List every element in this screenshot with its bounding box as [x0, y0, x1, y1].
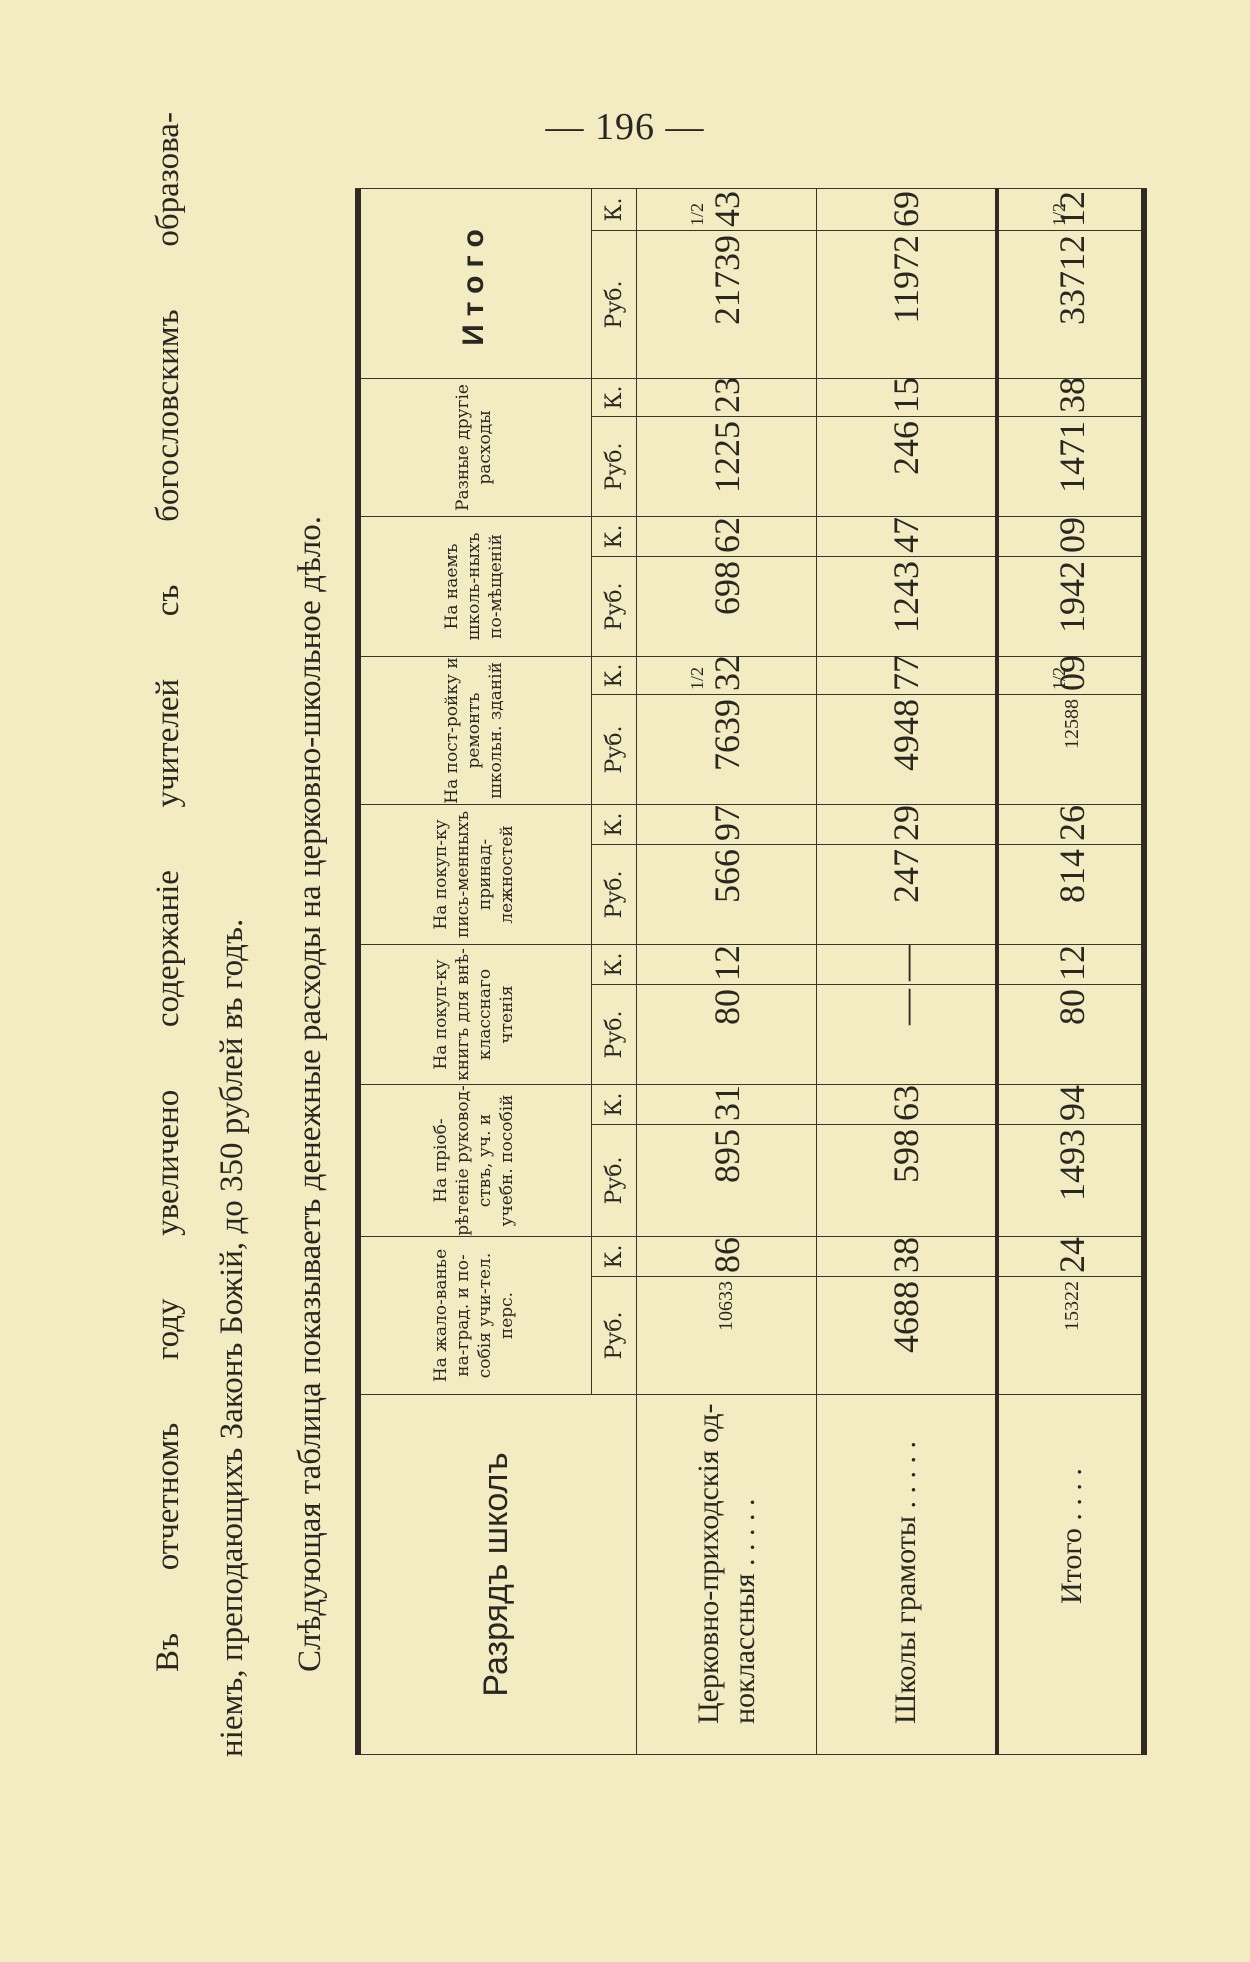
- unit-rub-label: Руб.: [592, 984, 637, 1084]
- cell-kop: 86: [637, 1237, 817, 1277]
- kop-value: 32: [707, 655, 747, 691]
- kop-value: —: [886, 945, 926, 981]
- cell-kop: —: [817, 944, 997, 984]
- kop-value: 62: [707, 517, 747, 553]
- cell-kop: 321/2: [637, 656, 817, 694]
- col-header-other: Разные другіе расходы: [356, 378, 592, 516]
- expenses-table: Разрядъ школъ На жало-ванье на-град. и п…: [355, 189, 1147, 1755]
- cell-kop: 38: [997, 378, 1147, 416]
- col-header-total: Итого: [356, 188, 592, 378]
- cell-kop: 97: [637, 804, 817, 844]
- cell-rub: 895: [637, 1125, 817, 1237]
- cell-rub: 15322: [997, 1277, 1147, 1395]
- cell-rub: 11972: [817, 230, 997, 378]
- kop-value: 38: [886, 1237, 926, 1273]
- cell-rub: 246: [817, 416, 997, 516]
- cell-kop: 62: [637, 516, 817, 556]
- word: году: [150, 1298, 187, 1360]
- cell-rub: 21739: [637, 230, 817, 378]
- paragraph-line-1: Въ отчетномъ году увеличено содержаніе у…: [150, 112, 187, 1672]
- cell-rub: 1243: [817, 556, 997, 656]
- kop-value: 86: [707, 1237, 747, 1273]
- word: Въ: [150, 1633, 187, 1672]
- cell-rub: 1225: [637, 416, 817, 516]
- unit-rub-label: Руб.: [592, 844, 637, 944]
- cell-rub: 80: [637, 984, 817, 1084]
- kop-value: 94: [1052, 1085, 1092, 1121]
- cell-rub: 80: [997, 984, 1147, 1084]
- cell-kop: 38: [817, 1237, 997, 1277]
- word: богословскимъ: [150, 309, 187, 522]
- table-top-rule: [355, 189, 361, 1755]
- cell-kop: 26: [997, 804, 1147, 844]
- row-label: Итого . . . .: [997, 1395, 1147, 1755]
- cell-rub: 698: [637, 556, 817, 656]
- word: увеличено: [150, 1090, 187, 1236]
- kop-value: 77: [886, 655, 926, 691]
- unit-kop-label: К.: [592, 944, 637, 984]
- kop-value: 26: [1052, 805, 1092, 841]
- cell-kop: 12: [637, 944, 817, 984]
- paragraph-line-3: Слѣдующая таблица показываетъ денежные р…: [292, 516, 329, 1672]
- unit-rub-label: Руб.: [592, 694, 637, 804]
- cell-rub: 814: [997, 844, 1147, 944]
- row-label: Церковно-приходскія од-ноклассныя . . . …: [637, 1395, 817, 1755]
- cell-kop: 121/2: [997, 188, 1147, 230]
- unit-kop-label: К.: [592, 188, 637, 230]
- cell-kop: 77: [817, 656, 997, 694]
- fraction-half: 1/2: [687, 667, 708, 690]
- fraction-half: 1/2: [1049, 667, 1070, 690]
- kop-value: 24: [1052, 1237, 1092, 1273]
- cell-rub: 4948: [817, 694, 997, 804]
- cell-kop: 31: [637, 1084, 817, 1124]
- col-header-manuals: На пріоб-рѣтеніе руковод-ствъ, уч. и уче…: [356, 1084, 592, 1236]
- cell-rub: —: [817, 984, 997, 1084]
- total-row: Итого . . . .153222414939480128142612588…: [997, 188, 1147, 1754]
- col-header-salary: На жало-ванье на-град. и по-собія учи-те…: [356, 1237, 592, 1395]
- rotated-page-content: Въ отчетномъ году увеличено содержаніе у…: [0, 0, 1250, 1962]
- unit-kop-label: К.: [592, 378, 637, 416]
- row-label: Школы грамоты . . . . .: [817, 1395, 997, 1755]
- kop-value: 12: [1052, 945, 1092, 981]
- cell-rub: 247: [817, 844, 997, 944]
- kop-value: 23: [707, 377, 747, 413]
- cell-kop: 23: [637, 378, 817, 416]
- unit-rub-label: Руб.: [592, 1125, 637, 1237]
- table-row: Школы грамоты . . . . .46883859863——2472…: [817, 188, 997, 1754]
- col-header-rent: На наемъ школь-ныхъ по-мѣщеній: [356, 516, 592, 656]
- table-bottom-rule: [1141, 189, 1147, 1755]
- unit-rub-label: Руб.: [592, 1277, 637, 1395]
- unit-kop-label: К.: [592, 656, 637, 694]
- fraction-half: 1/2: [1049, 203, 1070, 226]
- word: учителей: [150, 679, 187, 808]
- table-row: Церковно-приходскія од-ноклассныя . . . …: [637, 188, 817, 1754]
- kop-value: 12: [707, 945, 747, 981]
- cell-kop: 24: [997, 1237, 1147, 1277]
- cell-rub: 566: [637, 844, 817, 944]
- word: съ: [150, 585, 187, 617]
- cell-rub: 1942: [997, 556, 1147, 656]
- row-header: Разрядъ школъ: [356, 1395, 637, 1755]
- cell-kop: 47: [817, 516, 997, 556]
- col-header-books: На покуп-ку книгъ для внѣ-класснаго чтен…: [356, 944, 592, 1084]
- kop-value: 69: [886, 191, 926, 227]
- kop-value: 97: [707, 805, 747, 841]
- cell-rub: 1471: [997, 416, 1147, 516]
- cell-rub: 598: [817, 1125, 997, 1237]
- word: образова-: [150, 112, 187, 247]
- cell-rub: 10633: [637, 1277, 817, 1395]
- fraction-half: 1/2: [687, 203, 708, 226]
- cell-kop: 63: [817, 1084, 997, 1124]
- unit-kop-label: К.: [592, 516, 637, 556]
- paragraph-line-2: ніемъ, преподающихъ Законъ Божій, до 350…: [214, 919, 251, 1757]
- cell-rub: 7639: [637, 694, 817, 804]
- cell-kop: 69: [817, 188, 997, 230]
- cell-kop: 431/2: [637, 188, 817, 230]
- word: содержаніе: [150, 870, 187, 1027]
- cell-kop: 12: [997, 944, 1147, 984]
- unit-kop-label: К.: [592, 1237, 637, 1277]
- unit-kop-label: К.: [592, 1084, 637, 1124]
- col-header-construction: На пост-ройку и ремонтъ школьн. зданій: [356, 656, 592, 804]
- kop-value: 63: [886, 1085, 926, 1121]
- cell-rub: 1493: [997, 1125, 1147, 1237]
- unit-rub-label: Руб.: [592, 556, 637, 656]
- cell-kop: 09: [997, 516, 1147, 556]
- kop-value: 29: [886, 805, 926, 841]
- unit-kop-label: К.: [592, 804, 637, 844]
- kop-value: 31: [707, 1085, 747, 1121]
- word: отчетномъ: [150, 1423, 187, 1571]
- kop-value: 09: [1052, 517, 1092, 553]
- cell-rub: 12588: [997, 694, 1147, 804]
- cell-rub: 33712: [997, 230, 1147, 378]
- cell-kop: 29: [817, 804, 997, 844]
- cell-kop: 94: [997, 1084, 1147, 1124]
- unit-rub-label: Руб.: [592, 416, 637, 516]
- cell-kop: 091/2: [997, 656, 1147, 694]
- cell-rub: 4688: [817, 1277, 997, 1395]
- cell-kop: 15: [817, 378, 997, 416]
- kop-value: 38: [1052, 377, 1092, 413]
- kop-value: 43: [707, 191, 747, 227]
- kop-value: 47: [886, 517, 926, 553]
- kop-value: 15: [886, 377, 926, 413]
- unit-rub-label: Руб.: [592, 230, 637, 378]
- col-header-stationery: На покуп-ку пись-менныхъ принад-лежносте…: [356, 804, 592, 944]
